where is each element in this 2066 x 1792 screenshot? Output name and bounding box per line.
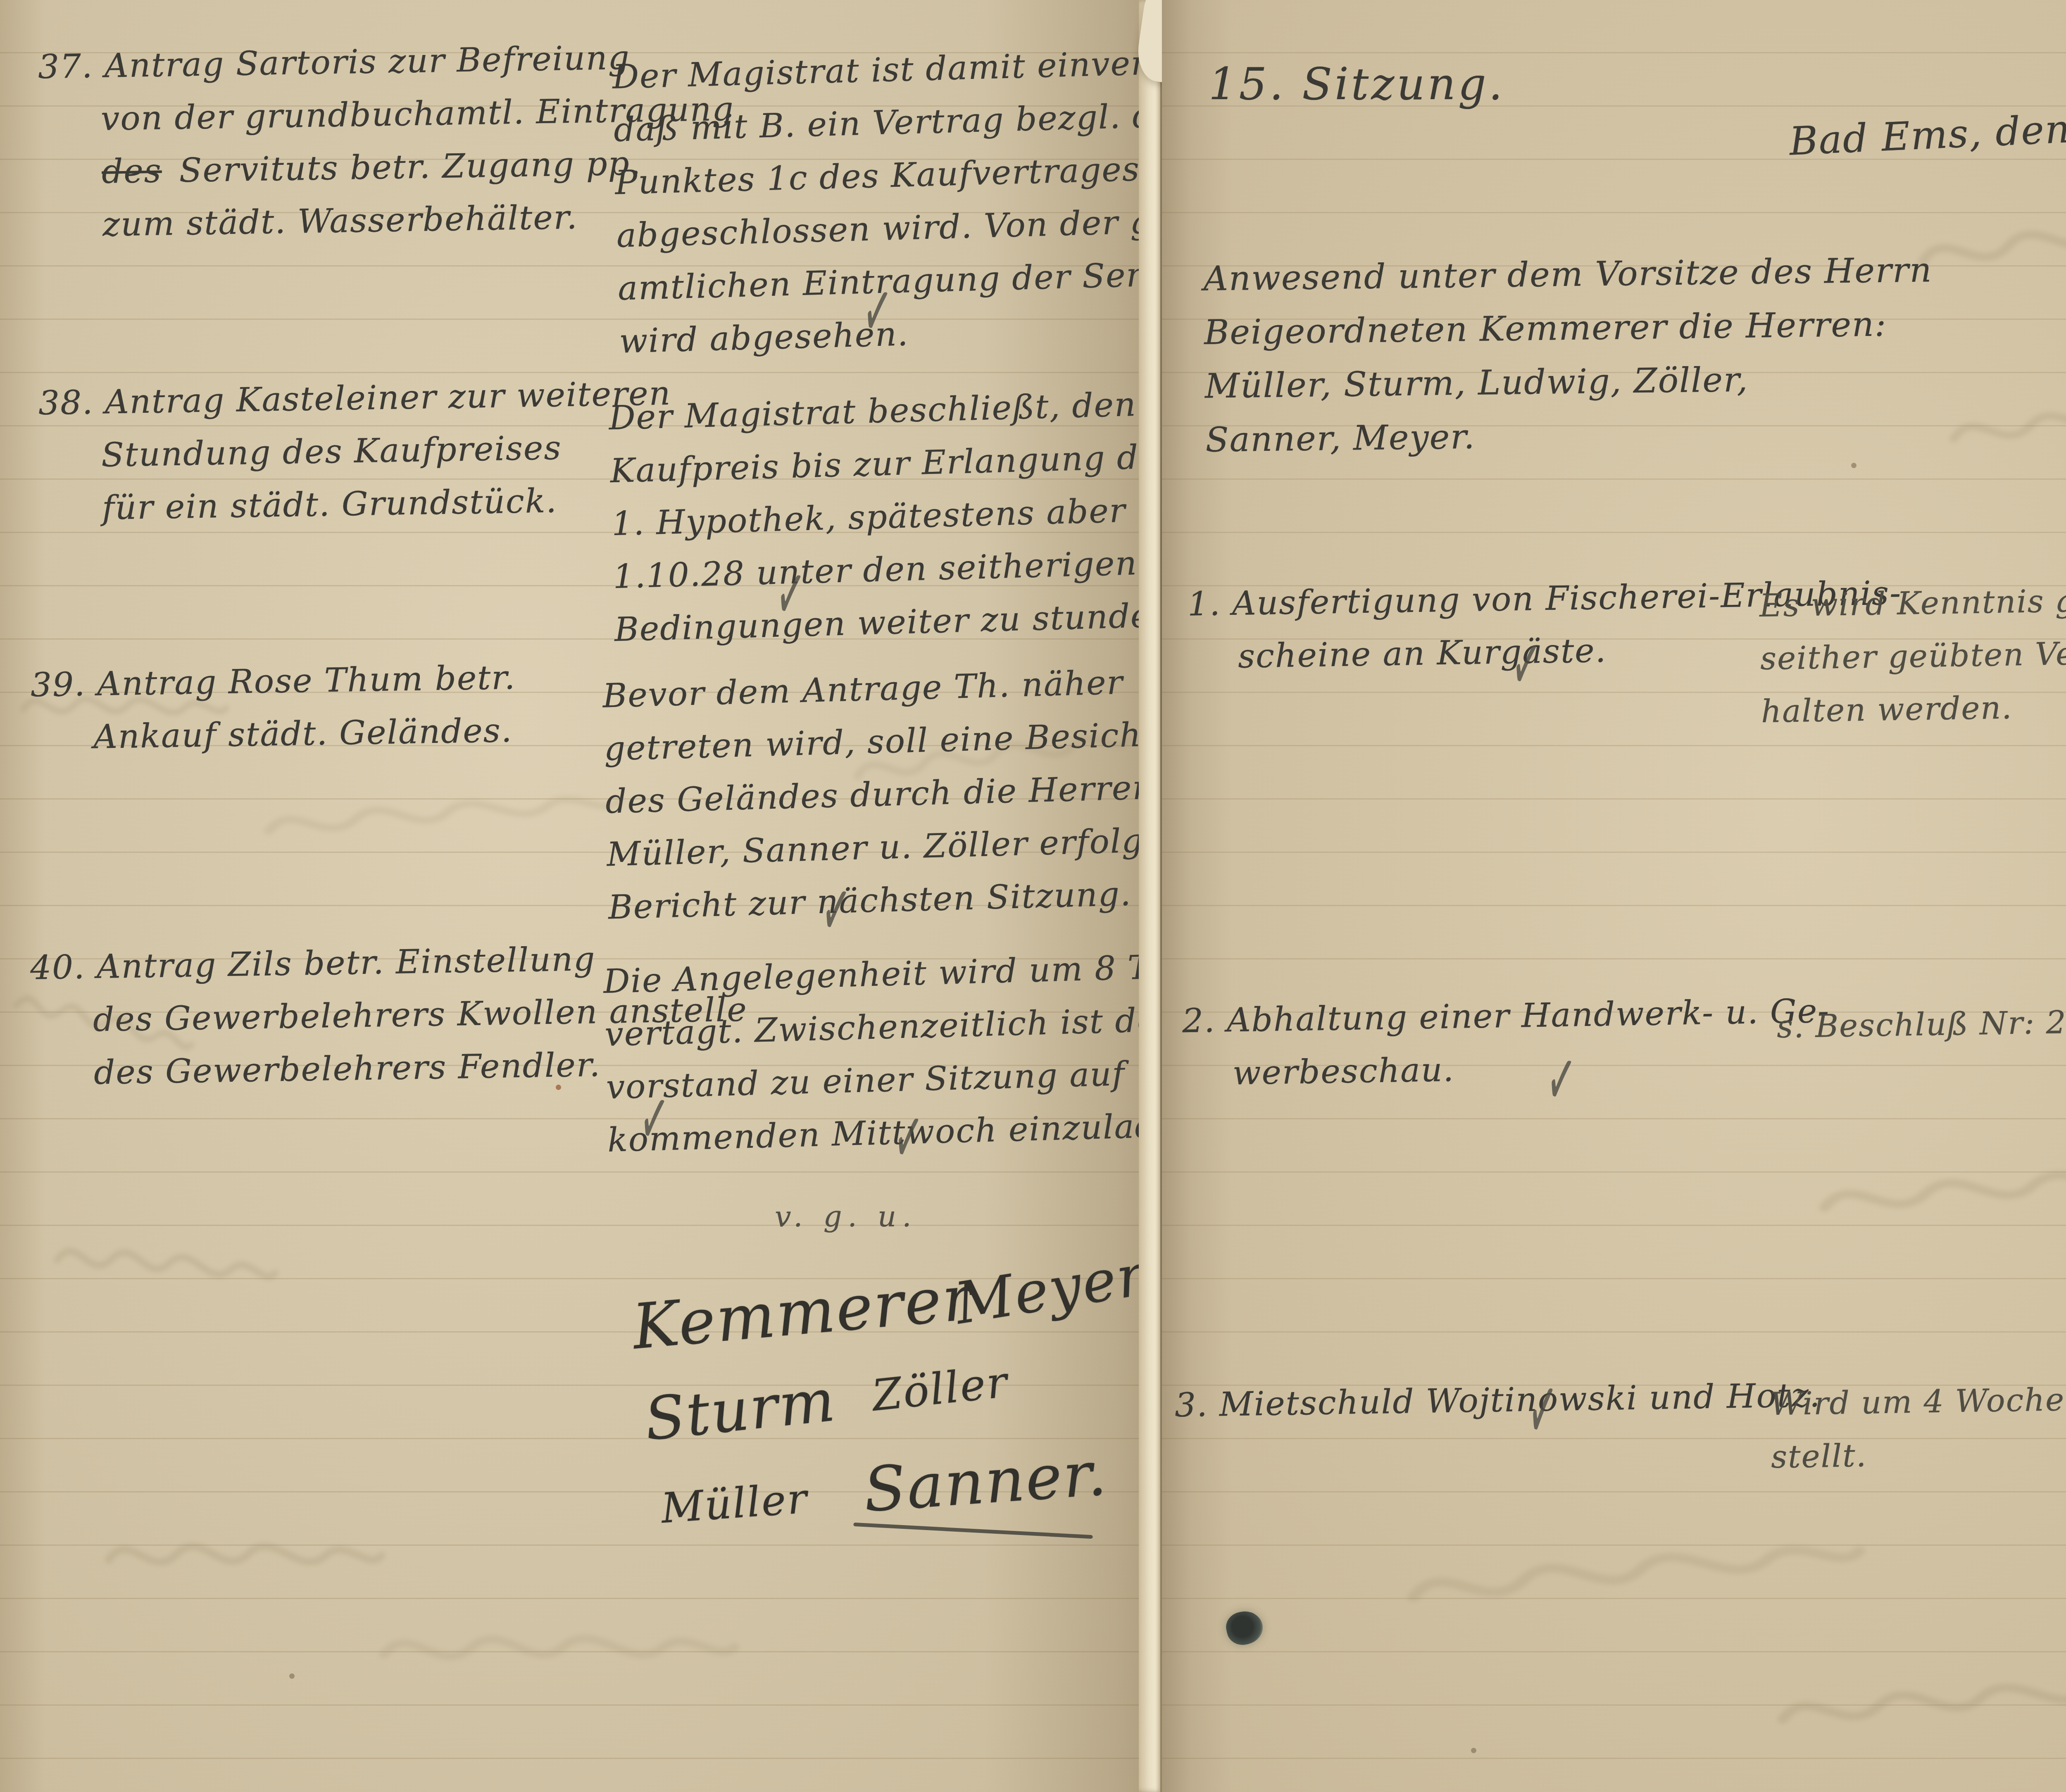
agenda-item-line: Stundung des Kaufpreises [39, 420, 672, 483]
bleedthrough-ghost [98, 1513, 390, 1602]
paper-speck [289, 1673, 295, 1679]
checkmark-icon: ✓ [1544, 1031, 1579, 1128]
bleedthrough-ghost [1809, 1141, 2066, 1239]
agenda-item-line: 38. Antrag Kasteleiner zur weiteren [38, 367, 671, 430]
signature-zoeller: Zöller [870, 1356, 1011, 1421]
session-title-text: 15. Sitzung. [1209, 58, 1505, 111]
agenda-item-line: für ein städt. Grundstück. [40, 473, 673, 535]
bleedthrough-ghost [371, 1605, 745, 1696]
paper-speck [1471, 1748, 1476, 1753]
attendance-line: Müller, Sturm, Ludwig, Zöller, [1204, 351, 1934, 414]
attendance-line: Beigeordneten Kemmerer die Herren: [1204, 297, 1933, 360]
closing-formula: v. g. u. [775, 1190, 917, 1243]
checkmark-icon: ✓ [774, 546, 808, 643]
paper-speck [1851, 463, 1857, 468]
checkmark-icon: ✓ [860, 263, 895, 360]
margin-note-line: s. Beschluß Nr: 23. [1776, 995, 2066, 1053]
scanned-minutes-spread: 37. Antrag Sartoris zur Befreiung von de… [0, 0, 2066, 1792]
checkmark-icon: ✓ [891, 1089, 926, 1186]
bleedthrough-ghost [255, 774, 629, 857]
margin-note-line: halten werden. [1761, 675, 2066, 738]
agenda-item-line-text: Servituts betr. Zugang pp. [179, 144, 642, 190]
agenda-item-2: 2. Abhaltung einer Handwerk- u. Ge- werb… [1182, 985, 1831, 1101]
bleedthrough-ghost [1767, 1654, 2066, 1751]
signature-mueller: Müller [659, 1474, 809, 1533]
margin-note-line: Es wird Kenntnis genommen. An dem [1759, 569, 2066, 632]
checkmark-icon: ✓ [819, 862, 854, 959]
attendance-line: Anwesend unter dem Vorsitze des Herrn [1203, 243, 1933, 306]
margin-note-3: Wird um 4 Wochen zurückge- stellt. [1770, 1370, 2066, 1484]
checkmark-icon: ✓ [637, 1071, 672, 1168]
agenda-item-line: 3. Mietschuld Wojtinowski und Hotz. [1174, 1369, 1821, 1432]
signature-flourish [853, 1523, 1093, 1539]
margin-note-line: seither geübten Verfahren soll festge- [1760, 622, 2066, 685]
signature-kemmerer: Kemmerer [630, 1262, 976, 1363]
agenda-item-3: 3. Mietschuld Wojtinowski und Hotz. [1174, 1369, 1821, 1432]
margin-note-line: stellt. [1771, 1423, 2066, 1484]
signature-sanner: Sanner. [862, 1438, 1110, 1526]
paper-speck [556, 1085, 561, 1090]
checkmark-icon: ✓ [1526, 1354, 1560, 1466]
closing-formula-text: v. g. u. [775, 1190, 917, 1243]
agenda-item-line: 2. Abhaltung einer Handwerk- u. Ge- [1182, 985, 1830, 1048]
attendance-line: Sanner, Meyer. [1205, 405, 1935, 467]
signature-meyer: Meyer [950, 1242, 1150, 1337]
checkmark-icon: ✓ [1509, 616, 1544, 713]
signature-sturm: Sturm [642, 1366, 839, 1454]
margin-note-1: Es wird Kenntnis genommen. An dem seithe… [1759, 569, 2066, 738]
session-title: 15. Sitzung. [1209, 58, 1505, 111]
page-edge-deckle [1139, 0, 1163, 1792]
margin-note-2: s. Beschluß Nr: 23. [1776, 995, 2066, 1053]
margin-note-line: Wird um 4 Wochen zurückge- [1770, 1370, 2066, 1431]
attendance-list: Anwesend unter dem Vorsitze des Herrn Be… [1203, 243, 1935, 467]
agenda-item-38: 38. Antrag Kasteleiner zur weiteren Stun… [38, 367, 673, 535]
resolution-38: Der Magistrat beschließt, den Kaufpreis … [608, 377, 1192, 656]
struck-word: des [101, 152, 162, 191]
agenda-item-line: werbeschau. [1183, 1038, 1831, 1101]
